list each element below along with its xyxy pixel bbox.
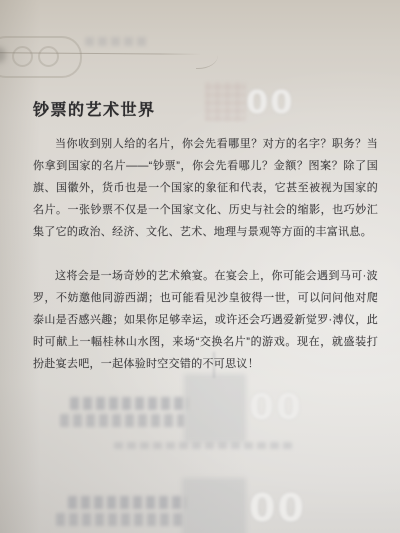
page-title: 钞票的艺术世界 <box>33 97 378 120</box>
showthrough-oval-icon <box>38 46 59 67</box>
page-text-block: 钞票的艺术世界 当你收到别人给的名片，你会先看哪里？对方的名字？职务？当你拿到国… <box>33 97 378 375</box>
showthrough-text-smudge <box>68 496 186 509</box>
showthrough-caption-smudge <box>114 442 292 449</box>
showthrough-image-block <box>184 374 246 442</box>
showthrough-text-smudge <box>56 513 184 526</box>
showthrough-digits: 00 <box>249 390 303 426</box>
paragraph-1: 当你收到别人给的名片，你会先看哪里？对方的名字？职务？当你拿到国家的名片——“钞… <box>33 133 378 243</box>
showthrough-digits: 00 <box>249 489 306 527</box>
showthrough-smudge <box>0 47 6 63</box>
book-page-photo: 00 00 00 钞票的艺术世界 当你收到别人给的名片，你会先看哪里？对方的名字… <box>0 0 400 533</box>
showthrough-banknote-outline <box>0 36 82 78</box>
showthrough-text-smudge <box>60 414 184 427</box>
paragraph-2: 这将会是一场奇妙的艺术飨宴。在宴会上，你可能会遇到马可·波罗，不妨邀他同游西湖；… <box>33 265 378 375</box>
showthrough-image-block <box>182 478 246 533</box>
page-crease-curve <box>196 54 218 69</box>
showthrough-text-smudge <box>70 397 188 410</box>
showthrough-oval-icon <box>12 46 33 67</box>
showthrough-text-smudge <box>85 37 149 46</box>
